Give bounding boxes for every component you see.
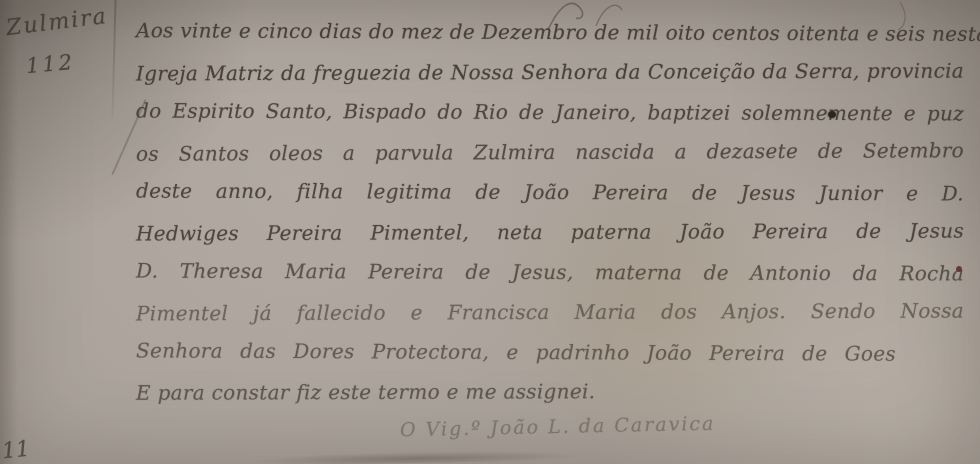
record-line-5: deste anno, filha legitima de João Perei… — [136, 181, 964, 204]
ink-blot — [828, 111, 836, 118]
next-record-text-fragment — [250, 449, 580, 464]
manuscript-page: Zulmira 112 Aos vinte e cinco dias do me… — [0, 0, 980, 464]
margin-record-number: 112 — [25, 50, 76, 78]
record-line-7: D. Theresa Maria Pereira de Jesus, mater… — [136, 261, 964, 284]
record-line-6: Hedwiges Pereira Pimentel, neta paterna … — [136, 221, 964, 244]
record-line-2: Igreja Matriz da freguezia de Nossa Senh… — [136, 61, 964, 84]
vicar-signature: O Vig.º João L. da Caravica — [400, 413, 716, 442]
next-record-number-fragment: 11 — [1, 437, 31, 464]
record-line-3: do Espirito Santo, Bispado do Rio de Jan… — [136, 101, 964, 124]
record-line-9: Senhora das Dores Protectora, e padrinho… — [136, 340, 896, 363]
record-line-1: Aos vinte e cinco dias do mez de Dezembr… — [136, 20, 964, 44]
paper-crease — [111, 0, 116, 118]
record-line-8: Pimentel já fallecido e Francisca Maria … — [136, 301, 964, 324]
margin-child-name: Zulmira — [5, 4, 109, 41]
record-line-10: E para constar fiz este termo e me assig… — [136, 381, 588, 403]
red-speck — [956, 266, 962, 272]
record-line-4: os Santos oleos a parvula Zulmira nascid… — [136, 140, 964, 164]
